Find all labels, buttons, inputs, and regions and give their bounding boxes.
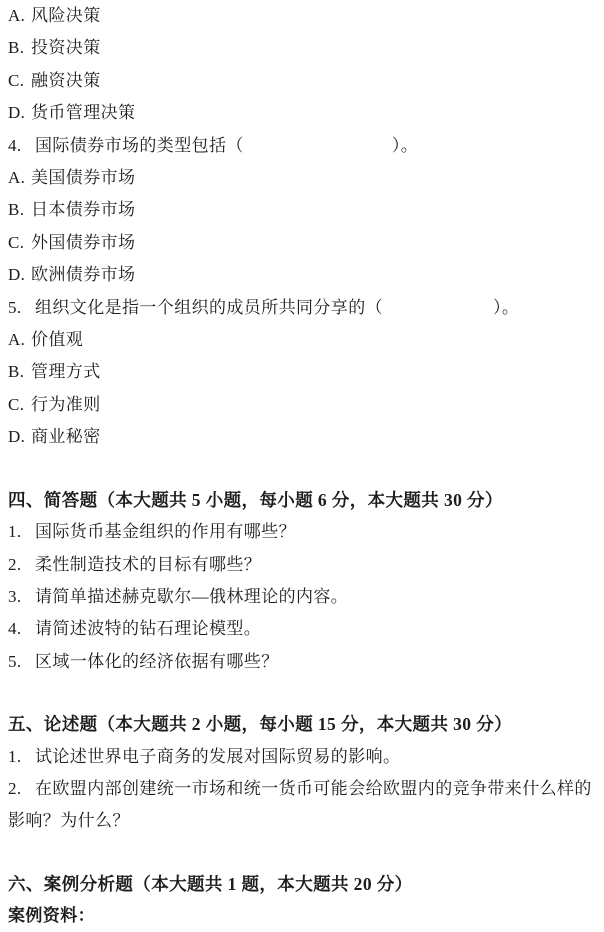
short-answer-q1: 1.国际货币基金组织的作用有哪些？ — [8, 516, 598, 548]
option-text: 融资决策 — [31, 71, 101, 90]
option-letter: D. — [8, 421, 31, 453]
short-answer-q3: 3.请简单描述赫克歇尔—俄林理论的内容。 — [8, 581, 598, 613]
answer-blank — [244, 150, 392, 151]
q4-option-c: C.外国债券市场 — [8, 227, 598, 259]
option-text: 外国债券市场 — [31, 233, 135, 252]
option-text: 货币管理决策 — [31, 103, 135, 122]
question-number: 2. — [8, 773, 35, 805]
q3-option-b: B.投资决策 — [8, 32, 598, 64]
q3-option-c: C.融资决策 — [8, 65, 598, 97]
answer-blank — [383, 312, 493, 313]
option-text: 商业秘密 — [31, 427, 101, 446]
option-letter: B. — [8, 32, 31, 64]
short-answer-q5: 5.区域一体化的经济依据有哪些？ — [8, 646, 598, 678]
question-number: 3. — [8, 581, 35, 613]
option-text: 管理方式 — [31, 362, 101, 381]
option-letter: C. — [8, 65, 31, 97]
q5-option-d: D.商业秘密 — [8, 421, 598, 453]
option-letter: D. — [8, 97, 31, 129]
section-short-answer-heading: 四、简答题（本大题共 5 小题，每小题 6 分，本大题共 30 分） — [8, 484, 598, 516]
paren-open: （ — [366, 298, 383, 317]
option-text: 行为准则 — [31, 395, 101, 414]
option-letter: C. — [8, 227, 31, 259]
question-text: 试论述世界电子商务的发展对国际贸易的影响。 — [35, 747, 400, 766]
paren-close: ）。 — [392, 136, 418, 155]
question-number: 4. — [8, 613, 35, 645]
short-answer-q4: 4.请简述波特的钻石理论模型。 — [8, 613, 598, 645]
question-4: 4.国际债券市场的类型包括（）。 — [8, 130, 598, 162]
exam-page: A.风险决策 B.投资决策 C.融资决策 D.货币管理决策 4.国际债券市场的类… — [0, 0, 604, 932]
question-text: 柔性制造技术的目标有哪些？ — [35, 555, 261, 574]
q4-option-b: B.日本债券市场 — [8, 194, 598, 226]
question-number: 4. — [8, 130, 35, 162]
question-text: 请简单描述赫克歇尔—俄林理论的内容。 — [35, 587, 348, 606]
short-answer-q2: 2.柔性制造技术的目标有哪些？ — [8, 549, 598, 581]
q3-option-d: D.货币管理决策 — [8, 97, 598, 129]
option-letter: A. — [8, 324, 31, 356]
question-stem: 组织文化是指一个组织的成员所共同分享的 — [35, 298, 366, 317]
question-text: 在欧盟内部创建统一市场和统一货币可能会给欧盟内的竞争带来什么样的影响？为什么？ — [8, 779, 592, 830]
section-case-heading: 六、案例分析题（本大题共 1 题，本大题共 20 分） — [8, 868, 598, 900]
option-text: 日本债券市场 — [31, 200, 135, 219]
question-number: 1. — [8, 516, 35, 548]
q5-option-a: A.价值观 — [8, 324, 598, 356]
option-letter: C. — [8, 389, 31, 421]
question-number: 5. — [8, 292, 35, 324]
option-text: 欧洲债券市场 — [31, 265, 135, 284]
essay-q2: 2.在欧盟内部创建统一市场和统一货币可能会给欧盟内的竞争带来什么样的影响？为什么… — [8, 773, 598, 838]
question-text: 请简述波特的钻石理论模型。 — [35, 619, 261, 638]
option-text: 价值观 — [31, 330, 83, 349]
option-letter: A. — [8, 162, 31, 194]
paren-open: （ — [226, 136, 243, 155]
option-letter: B. — [8, 194, 31, 226]
question-text: 区域一体化的经济依据有哪些？ — [35, 652, 279, 671]
option-text: 风险决策 — [31, 6, 101, 25]
question-number: 5. — [8, 646, 35, 678]
option-letter: B. — [8, 356, 31, 388]
question-5: 5.组织文化是指一个组织的成员所共同分享的（）。 — [8, 292, 598, 324]
question-text: 国际货币基金组织的作用有哪些？ — [35, 522, 296, 541]
option-letter: A. — [8, 0, 31, 32]
option-text: 投资决策 — [31, 38, 101, 57]
case-material-label: 案例资料： — [8, 900, 598, 932]
q5-option-b: B.管理方式 — [8, 356, 598, 388]
q4-option-d: D.欧洲债券市场 — [8, 259, 598, 291]
question-stem: 国际债券市场的类型包括 — [35, 136, 226, 155]
q4-option-a: A.美国债券市场 — [8, 162, 598, 194]
option-text: 美国债券市场 — [31, 168, 135, 187]
q5-option-c: C.行为准则 — [8, 389, 598, 421]
question-number: 2. — [8, 549, 35, 581]
q3-option-a: A.风险决策 — [8, 0, 598, 32]
option-letter: D. — [8, 259, 31, 291]
question-number: 1. — [8, 741, 35, 773]
section-essay-heading: 五、论述题（本大题共 2 小题，每小题 15 分，本大题共 30 分） — [8, 708, 598, 740]
paren-close: ）。 — [493, 298, 519, 317]
essay-q1: 1.试论述世界电子商务的发展对国际贸易的影响。 — [8, 741, 598, 773]
